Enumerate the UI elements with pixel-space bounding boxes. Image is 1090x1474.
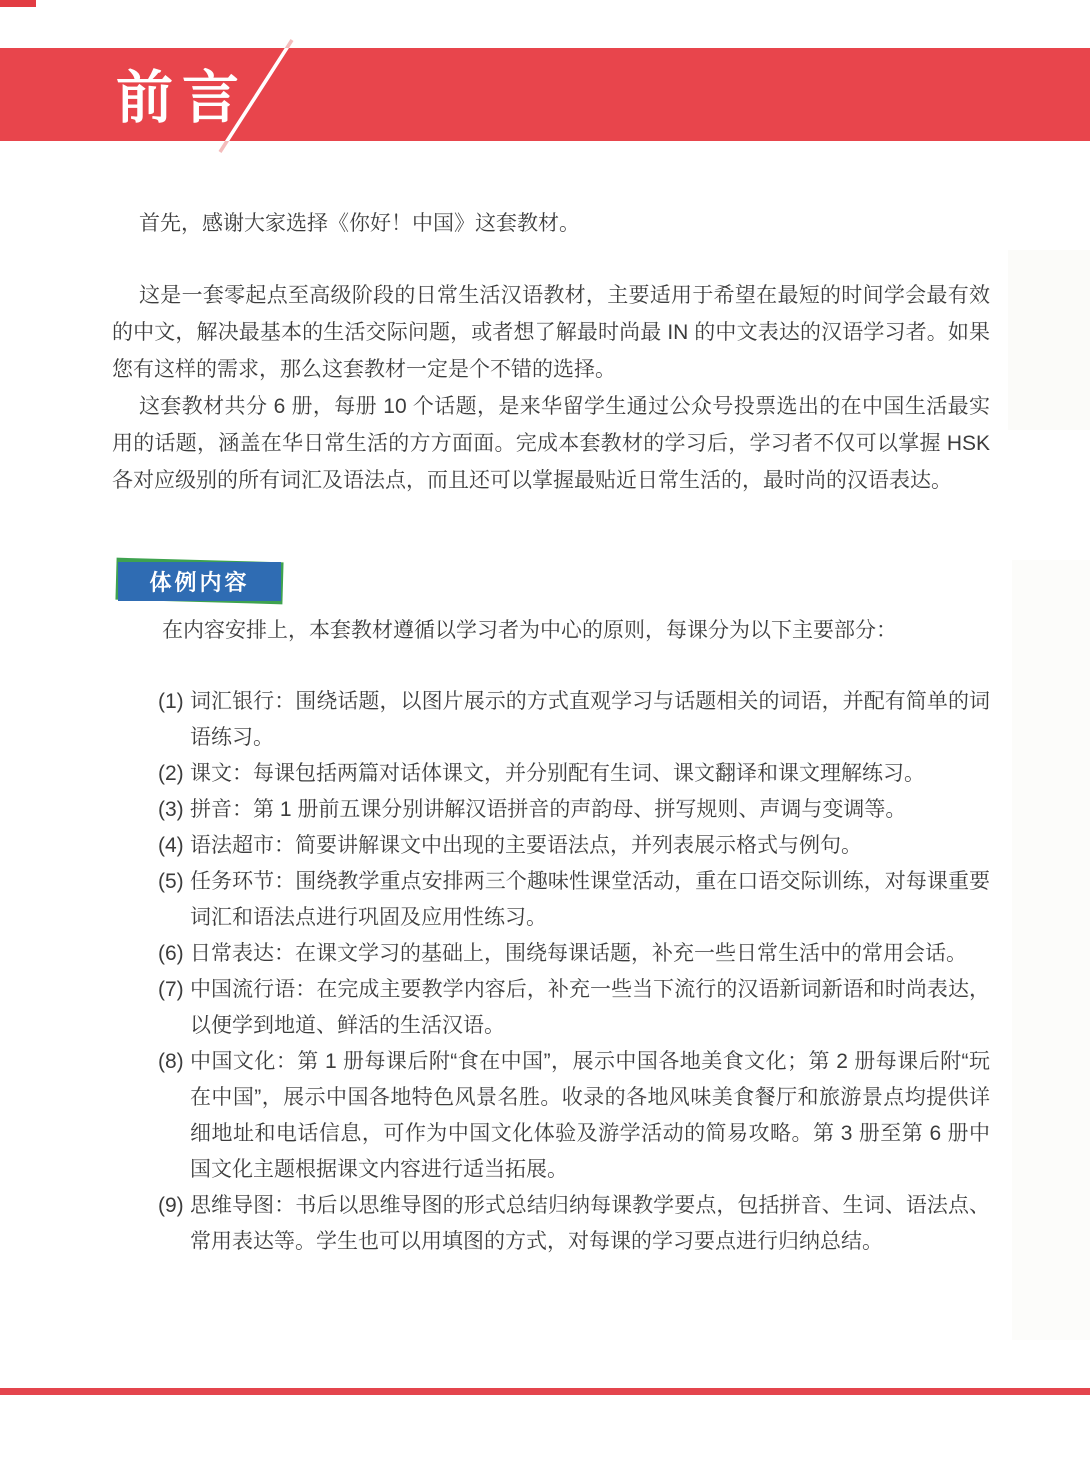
scan-shading-top — [1008, 250, 1090, 430]
feature-list: (1) 词汇银行：围绕话题，以图片展示的方式直观学习与话题相关的词语，并配有简单… — [158, 684, 990, 1260]
list-item-number: (7) — [158, 972, 190, 1044]
intro-paragraph-group: 这是一套零起点至高级阶段的日常生活汉语教材，主要适用于希望在最短的时间学会最有效… — [112, 277, 990, 499]
page-title: 前言 — [116, 58, 248, 138]
section-badge: 体例内容 — [118, 562, 281, 601]
list-item: (2) 课文：每课包括两篇对话体课文，并分别配有生词、课文翻译和课文理解练习。 — [158, 756, 990, 792]
list-item-number: (6) — [158, 936, 190, 972]
list-item-number: (4) — [158, 828, 190, 864]
list-item: (6) 日常表达：在课文学习的基础上，围绕每课话题，补充一些日常生活中的常用会话… — [158, 936, 990, 972]
list-item-text: 中国流行语：在完成主要教学内容后，补充一些当下流行的汉语新词新语和时尚表达，以便… — [190, 972, 990, 1044]
badge-label: 体例内容 — [149, 566, 249, 597]
list-item-number: (2) — [158, 756, 190, 792]
list-item-number: (5) — [158, 864, 190, 936]
bottom-red-bar — [0, 1388, 1090, 1395]
intro-paragraph-3: 这套教材共分 6 册，每册 10 个话题，是来华留学生通过公众号投票选出的在中国… — [112, 388, 990, 499]
list-item-number: (8) — [158, 1044, 190, 1188]
list-item-number: (3) — [158, 792, 190, 828]
list-item: (4) 语法超市：简要讲解课文中出现的主要语法点，并列表展示格式与例句。 — [158, 828, 990, 864]
list-item-text: 中国文化：第 1 册每课后附“食在中国”，展示中国各地美食文化；第 2 册每课后… — [190, 1044, 990, 1188]
list-item: (8) 中国文化：第 1 册每课后附“食在中国”，展示中国各地美食文化；第 2 … — [158, 1044, 990, 1188]
corner-red-sliver — [0, 0, 36, 7]
list-item-text: 思维导图：书后以思维导图的形式总结归纳每课教学要点，包括拼音、生词、语法点、常用… — [190, 1188, 990, 1260]
list-item-number: (1) — [158, 684, 190, 756]
section-lead: 在内容安排上，本套教材遵循以学习者为中心的原则，每课分为以下主要部分： — [112, 612, 990, 649]
list-item-number: (9) — [158, 1188, 190, 1260]
list-item-text: 词汇银行：围绕话题，以图片展示的方式直观学习与话题相关的词语，并配有简单的词语练… — [190, 684, 990, 756]
list-item: (1) 词汇银行：围绕话题，以图片展示的方式直观学习与话题相关的词语，并配有简单… — [158, 684, 990, 756]
list-item-text: 课文：每课包括两篇对话体课文，并分别配有生词、课文翻译和课文理解练习。 — [190, 756, 990, 792]
intro-paragraph-2: 这是一套零起点至高级阶段的日常生活汉语教材，主要适用于希望在最短的时间学会最有效… — [112, 277, 990, 388]
badge-blue-box: 体例内容 — [118, 562, 281, 601]
list-item: (7) 中国流行语：在完成主要教学内容后，补充一些当下流行的汉语新词新语和时尚表… — [158, 972, 990, 1044]
list-item: (3) 拼音：第 1 册前五课分别讲解汉语拼音的声韵母、拼写规则、声调与变调等。 — [158, 792, 990, 828]
list-item-text: 日常表达：在课文学习的基础上，围绕每课话题，补充一些日常生活中的常用会话。 — [190, 936, 990, 972]
list-item: (9) 思维导图：书后以思维导图的形式总结归纳每课教学要点，包括拼音、生词、语法… — [158, 1188, 990, 1260]
list-item-text: 任务环节：围绕教学重点安排两三个趣味性课堂活动，重在口语交际训练，对每课重要词汇… — [190, 864, 990, 936]
list-item-text: 拼音：第 1 册前五课分别讲解汉语拼音的声韵母、拼写规则、声调与变调等。 — [190, 792, 990, 828]
list-item-text: 语法超市：简要讲解课文中出现的主要语法点，并列表展示格式与例句。 — [190, 828, 990, 864]
scan-shading-bottom — [1012, 560, 1090, 1340]
list-item: (5) 任务环节：围绕教学重点安排两三个趣味性课堂活动，重在口语交际训练，对每课… — [158, 864, 990, 936]
intro-paragraph-1: 首先，感谢大家选择《你好！中国》这套教材。 — [112, 205, 990, 242]
